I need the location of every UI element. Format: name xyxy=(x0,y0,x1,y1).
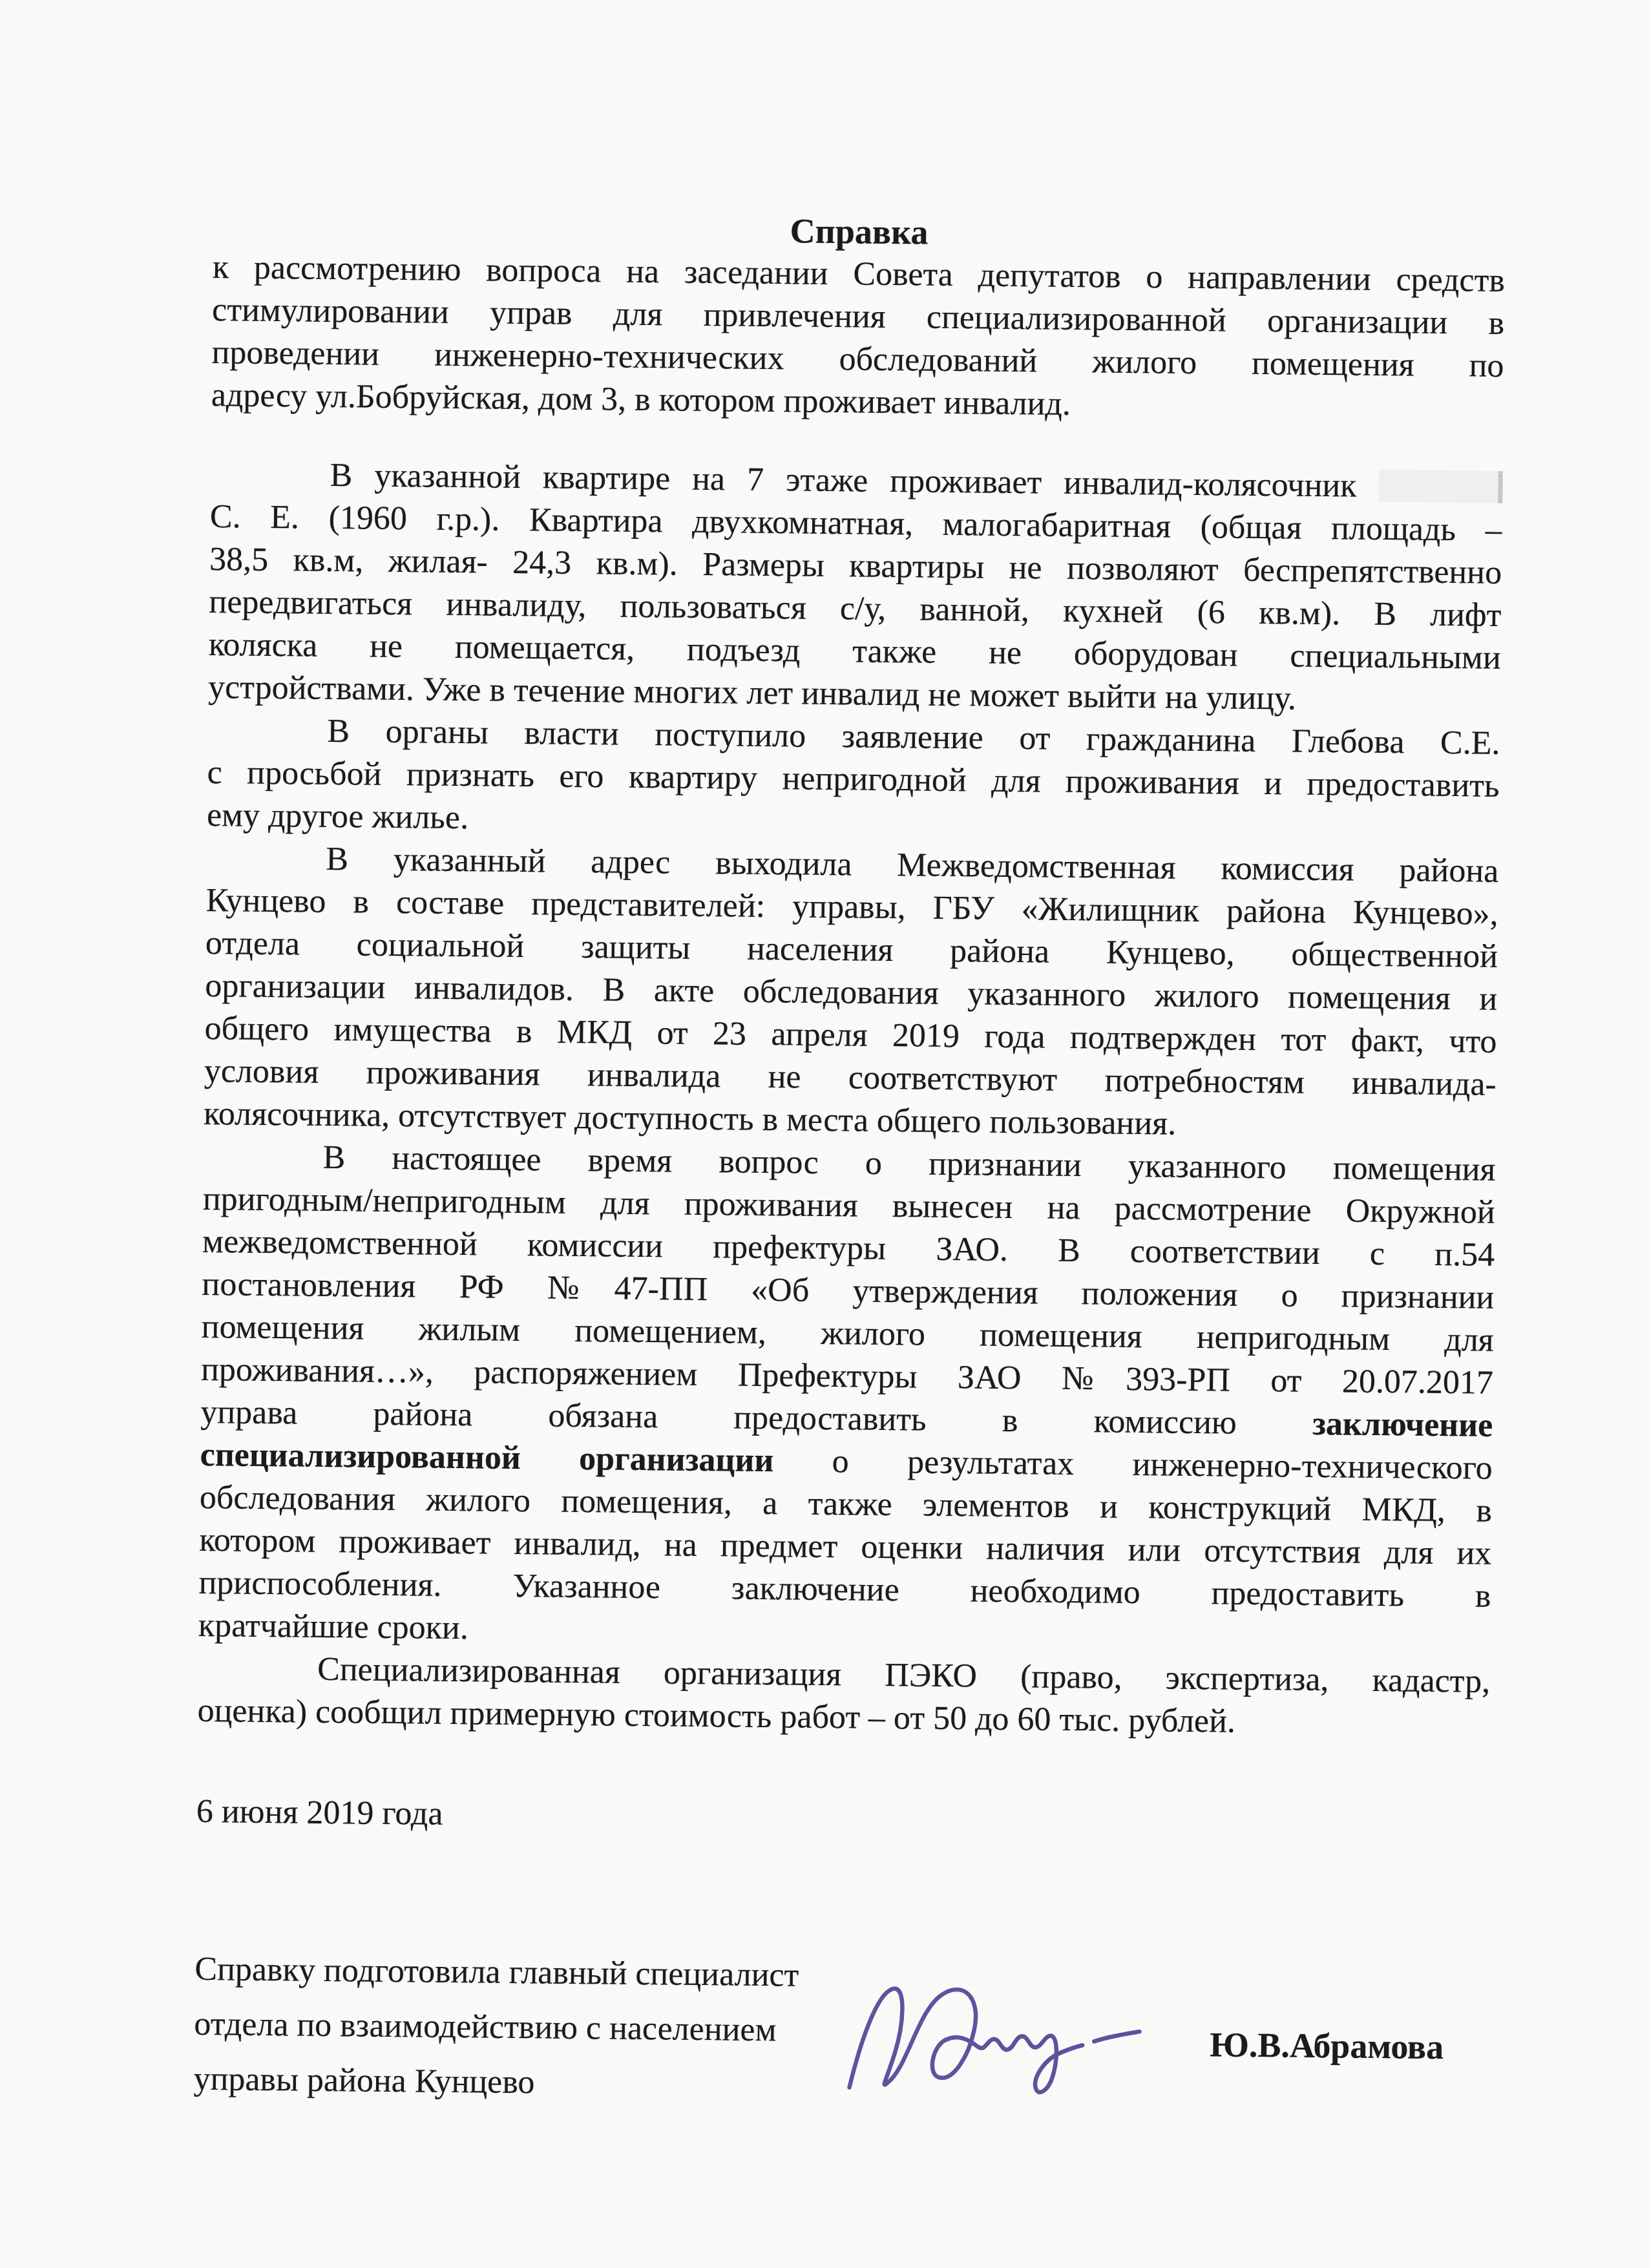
document-date: 6 июня 2019 года xyxy=(196,1790,1489,1847)
signature-flourish-icon xyxy=(830,1948,1168,2119)
paragraph: В настоящее время вопрос о признании ука… xyxy=(198,1135,1496,1661)
paragraph: В органы власти поступило заявление от г… xyxy=(207,709,1500,850)
paragraph: В указанной квартире на 7 этаже проживае… xyxy=(208,453,1503,722)
redacted-name-block xyxy=(1378,470,1503,503)
scanned-document-page: Справка к рассмотрению вопроса на заседа… xyxy=(0,0,1649,2268)
signer-name: Ю.В.Абрамова xyxy=(1210,2023,1444,2068)
document-content: Справка к рассмотрению вопроса на заседа… xyxy=(193,204,1506,2120)
document-body: к рассмотрению вопроса на заседании Сове… xyxy=(197,246,1505,1746)
paragraph: В указанный адрес выходила Межведомствен… xyxy=(204,837,1499,1149)
paragraph: Специализированная организация ПЭКО (пра… xyxy=(197,1647,1490,1746)
paragraph: к рассмотрению вопроса на заседании Сове… xyxy=(211,246,1506,430)
